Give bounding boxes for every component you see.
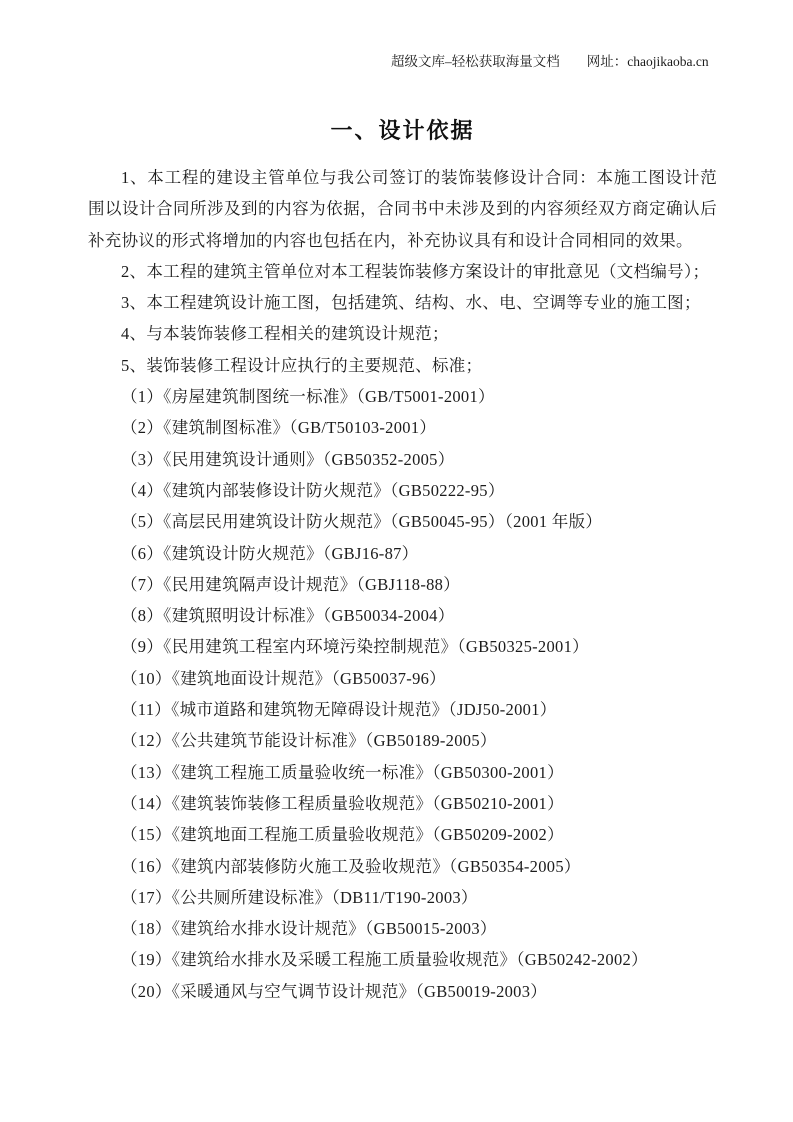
header-site-name: 超级文库–轻松获取海量文档 [391, 54, 560, 69]
standard-item-2: （2）《建筑制图标准》（GB/T50103-2001） [88, 412, 717, 443]
header-url-label: 网址： [587, 54, 628, 69]
standard-item-1: （1）《房屋建筑制图统一标准》（GB/T5001-2001） [88, 381, 717, 412]
standard-item-14: （14）《建筑装饰装修工程质量验收规范》（GB50210-2001） [88, 788, 717, 819]
paragraph-3: 3、本工程建筑设计施工图，包括建筑、结构、水、电、空调等专业的施工图； [88, 287, 717, 318]
standard-item-3: （3）《民用建筑设计通则》（GB50352-2005） [88, 444, 717, 475]
standard-item-12: （12）《公共建筑节能设计标准》（GB50189-2005） [88, 725, 717, 756]
standard-item-15: （15）《建筑地面工程施工质量验收规范》（GB50209-2002） [88, 819, 717, 850]
paragraph-4: 4、与本装饰装修工程相关的建筑设计规范； [88, 318, 717, 349]
standard-item-4: （4）《建筑内部装修设计防火规范》（GB50222-95） [88, 475, 717, 506]
paragraph-5: 5、装饰装修工程设计应执行的主要规范、标准； [88, 350, 717, 381]
header-url-value: chaojikaoba.cn [627, 54, 708, 69]
standard-item-9: （9）《民用建筑工程室内环境污染控制规范》（GB50325-2001） [88, 631, 717, 662]
standard-item-18: （18）《建筑给水排水设计规范》（GB50015-2003） [88, 913, 717, 944]
standard-item-7: （7）《民用建筑隔声设计规范》（GBJ118-88） [88, 569, 717, 600]
standard-item-20: （20）《采暖通风与空气调节设计规范》（GB50019-2003） [88, 976, 717, 1007]
standard-item-6: （6）《建筑设计防火规范》（GBJ16-87） [88, 538, 717, 569]
standard-item-16: （16）《建筑内部装修防火施工及验收规范》（GB50354-2005） [88, 851, 717, 882]
standard-item-8: （8）《建筑照明设计标准》（GB50034-2004） [88, 600, 717, 631]
document-page: 超级文库–轻松获取海量文档网址：chaojikaoba.cn 一、设计依据 1、… [0, 0, 793, 1122]
standard-item-19: （19）《建筑给水排水及采暖工程施工质量验收规范》（GB50242-2002） [88, 944, 717, 975]
standard-item-17: （17）《公共厕所建设标准》（DB11/T190-2003） [88, 882, 717, 913]
standard-item-10: （10）《建筑地面设计规范》（GB50037-96） [88, 663, 717, 694]
paragraph-1: 1、本工程的建设主管单位与我公司签订的装饰装修设计合同：本施工图设计范围以设计合… [88, 162, 717, 256]
page-header: 超级文库–轻松获取海量文档网址：chaojikaoba.cn [391, 53, 709, 71]
standard-item-5: （5）《高层民用建筑设计防火规范》（GB50045-95）（2001 年版） [88, 506, 717, 537]
section-title: 一、设计依据 [88, 114, 717, 148]
document-body: 一、设计依据 1、本工程的建设主管单位与我公司签订的装饰装修设计合同：本施工图设… [0, 0, 793, 1007]
paragraph-2: 2、本工程的建筑主管单位对本工程装饰装修方案设计的审批意见（文档编号）； [88, 256, 717, 287]
standard-item-11: （11）《城市道路和建筑物无障碍设计规范》（JDJ50-2001） [88, 694, 717, 725]
standard-item-13: （13）《建筑工程施工质量验收统一标准》（GB50300-2001） [88, 757, 717, 788]
